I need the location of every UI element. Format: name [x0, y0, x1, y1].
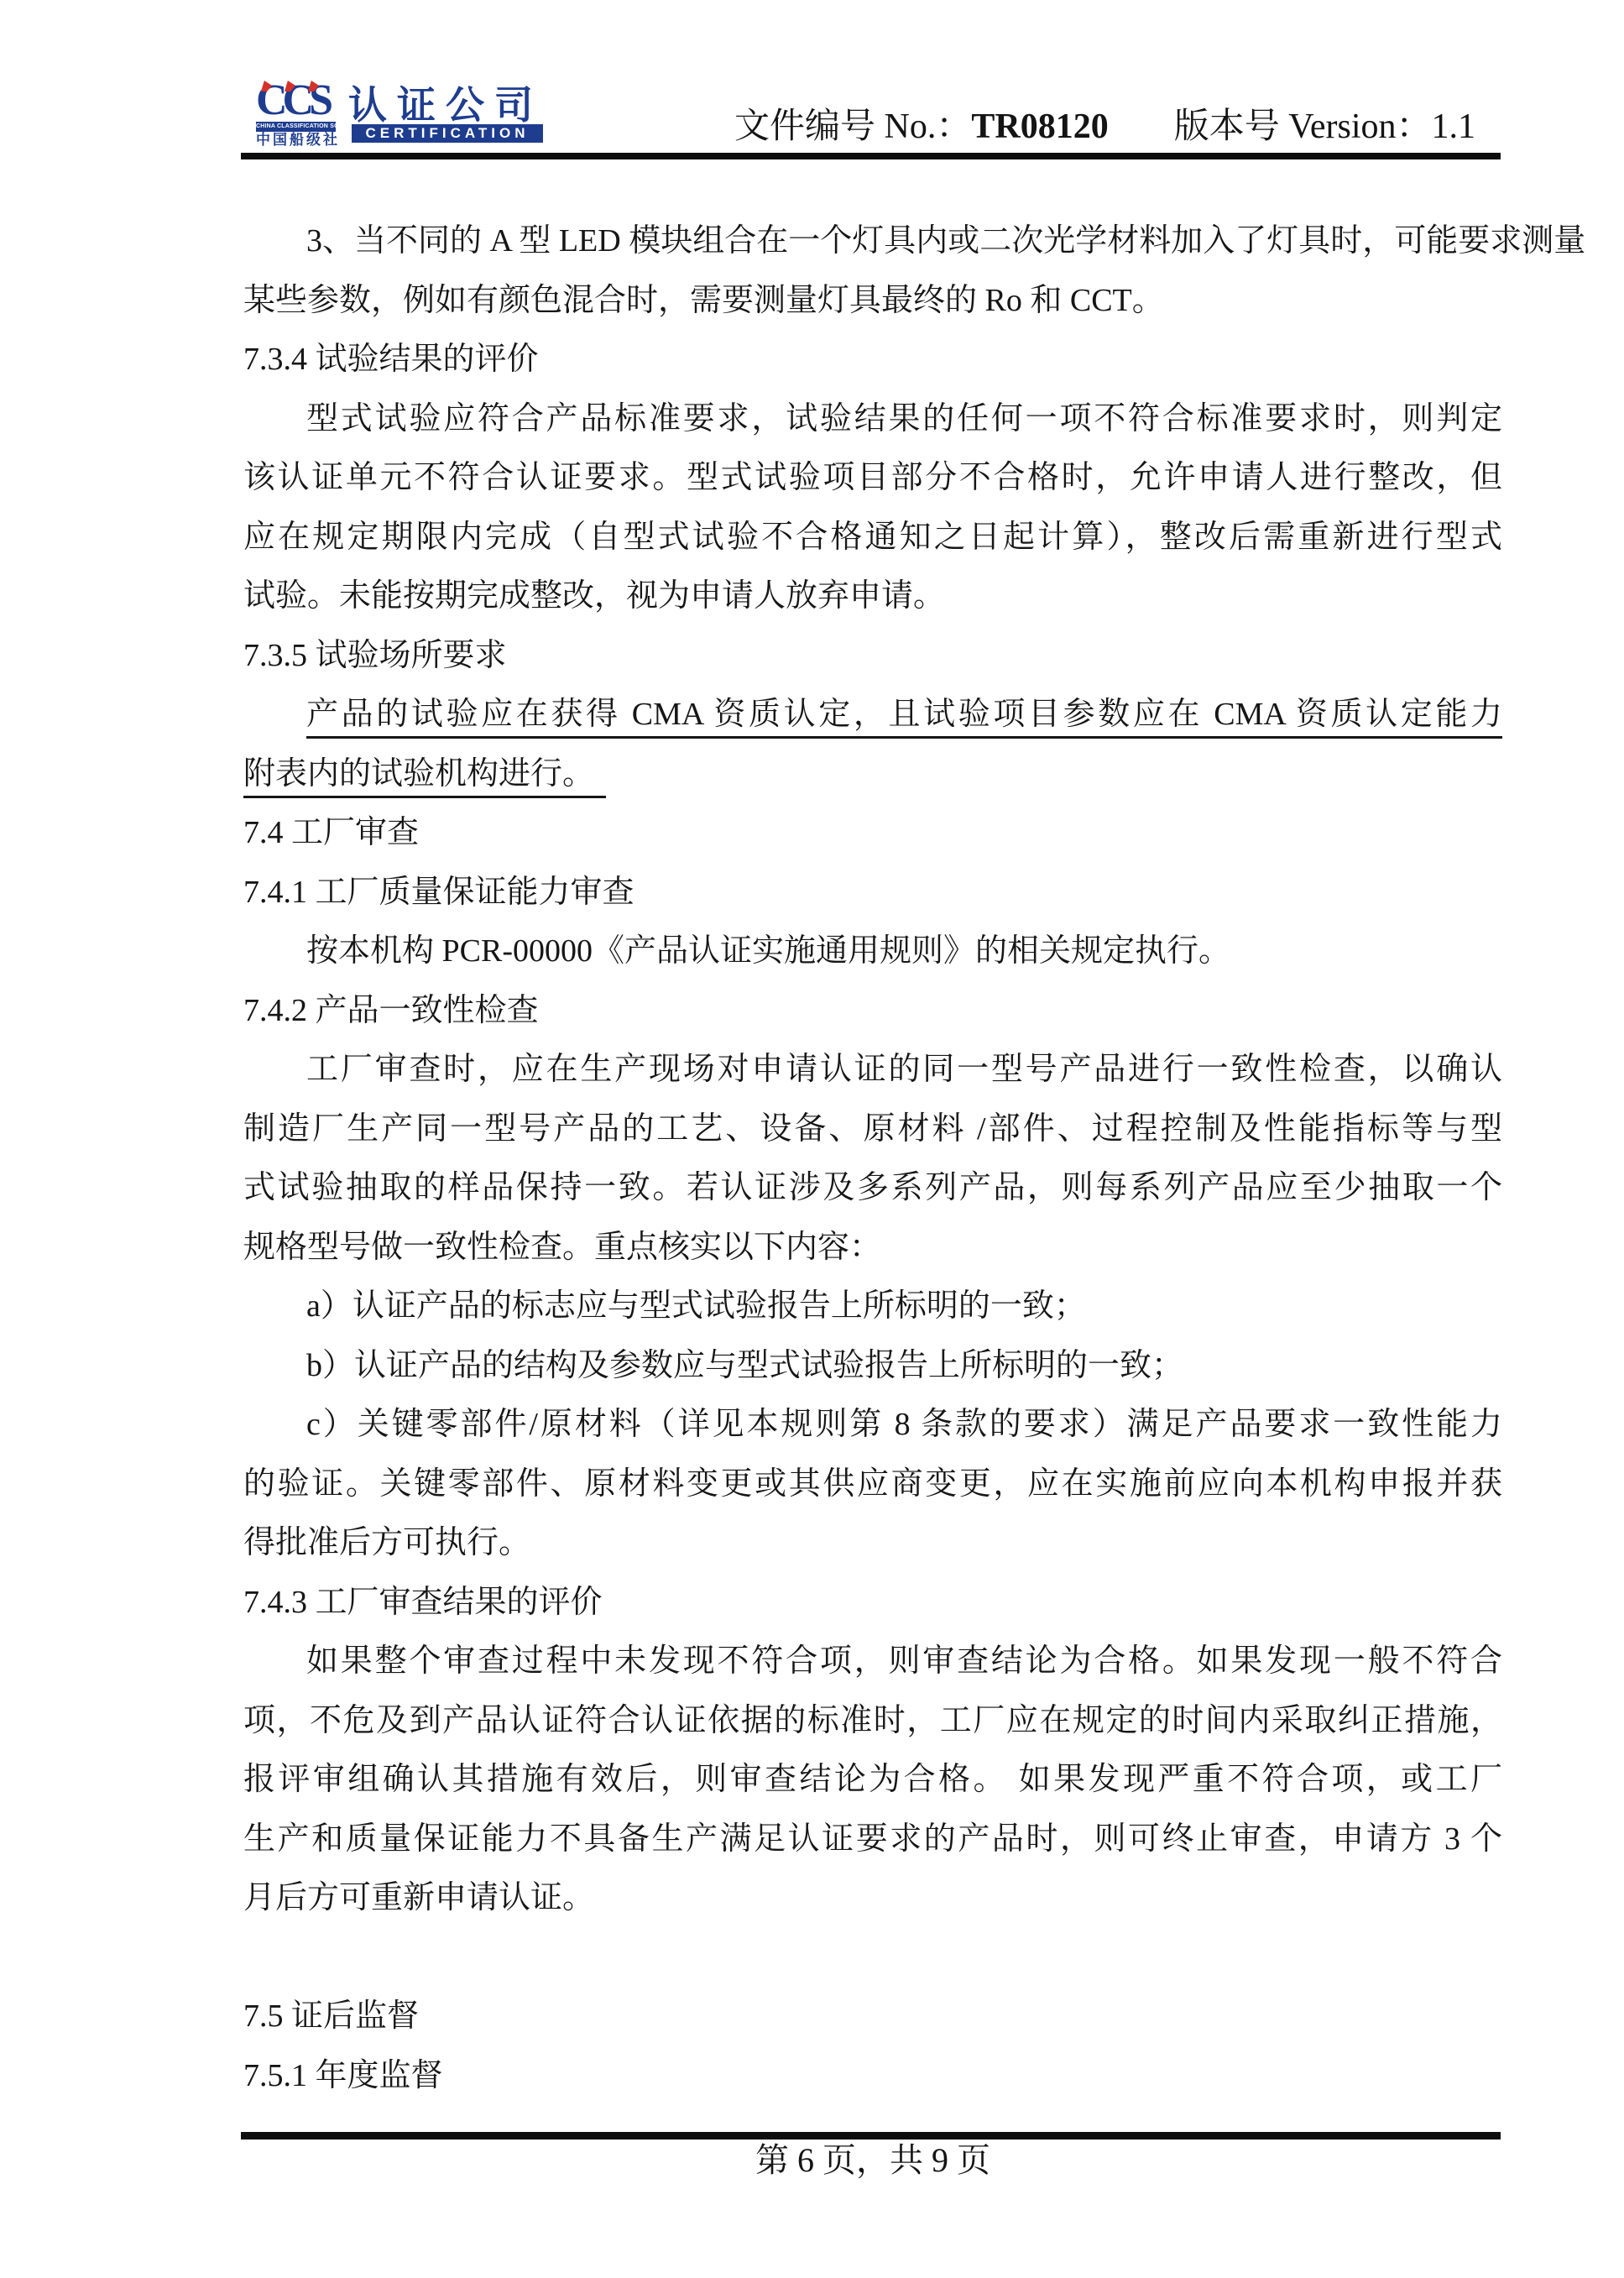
- underlined-text: 附表内的试验机构进行。: [243, 756, 606, 798]
- logo-society-banner: CHINA CLASSIFICATION SOCIETY: [256, 122, 336, 132]
- text-line: 7.3.5 试验场所要求: [243, 626, 1502, 686]
- text-line: 按本机构 PCR-00000《产品认证实施通用规则》的相关规定执行。: [243, 922, 1502, 981]
- text-line: 得批准后方可执行。: [243, 1513, 1502, 1573]
- text-line: 该认证单元不符合认证要求。型式试验项目部分不合格时，允许申请人进行整改，但: [243, 448, 1502, 508]
- text-line: c）关键零部件/原材料（详见本规则第 8 条款的要求）满足产品要求一致性能力: [243, 1395, 1502, 1455]
- page-number: 第 6 页，共 9 页: [243, 2139, 1502, 2182]
- logo-certification-banner: CERTIFICATION: [352, 124, 543, 143]
- text-line: 附表内的试验机构进行。: [243, 745, 1502, 804]
- text-line: 型式试验应符合产品标准要求，试验结果的任何一项不符合标准要求时，则判定: [243, 389, 1502, 449]
- text-line: 的验证。关键零部件、原材料变更或其供应商变更，应在实施前应向本机构申报并获: [243, 1455, 1502, 1514]
- text-line: a）认证产品的标志应与型式试验报告上所标明的一致；: [243, 1277, 1502, 1336]
- text-line: 7.5.1 年度监督: [243, 2046, 1502, 2106]
- text-line: b）认证产品的结构及参数应与型式试验报告上所标明的一致；: [243, 1336, 1502, 1396]
- text-line: 试验。未能按期完成整改，视为申请人放弃申请。: [243, 567, 1502, 626]
- text-line: 7.4.1 工厂质量保证能力审查: [243, 863, 1502, 922]
- text-line: 制造厂生产同一型号产品的工艺、设备、原材料 /部件、过程控制及性能指标等与型: [243, 1100, 1502, 1159]
- text-line: 7.5 证后监督: [243, 1987, 1502, 2046]
- text-line: 项，不危及到产品认证符合认证依据的标准时，工厂应在规定的时间内采取纠正措施，: [243, 1691, 1502, 1751]
- text-line: 某些参数，例如有颜色混合时，需要测量灯具最终的 Ro 和 CCT。: [243, 271, 1502, 331]
- document-page: CCS CHINA CLASSIFICATION SOCIETY 中国船级社 认…: [0, 0, 1624, 2278]
- text-line: 工厂审查时，应在生产现场对申请认证的同一型号产品进行一致性检查，以确认: [243, 1040, 1502, 1100]
- version-label: 版本号 Version：: [1174, 107, 1432, 146]
- text-line: 式试验抽取的样品保持一致。若认证涉及多系列产品，则每系列产品应至少抽取一个: [243, 1158, 1502, 1218]
- doc-no-value: TR08120: [971, 107, 1108, 146]
- logo-society-cn: 中国船级社: [256, 133, 337, 147]
- document-body: 3、当不同的 A 型 LED 模块组合在一个灯具内或二次光学材料加入了灯具时，可…: [243, 212, 1502, 2105]
- text-line: 月后方可重新申请认证。: [243, 1868, 1502, 1928]
- header-rule: [241, 153, 1501, 159]
- text-line: 生产和质量保证能力不具备生产满足认证要求的产品时，则可终止审查，申请方 3 个: [243, 1810, 1502, 1869]
- underlined-text: 产品的试验应在获得 CMA 资质认定，且试验项目参数应在 CMA 资质认定能力: [306, 697, 1502, 739]
- doc-no-label: 文件编号 No.：: [734, 107, 971, 146]
- text-line: 应在规定期限内完成（自型式试验不合格通知之日起计算），整改后需重新进行型式: [243, 508, 1502, 567]
- text-line: 7.3.4 试验结果的评价: [243, 330, 1502, 389]
- document-meta: 文件编号 No.：TR08120版本号 Version：1.1: [734, 107, 1502, 146]
- text-line: [243, 1928, 1502, 1988]
- ccs-logo: CCS CHINA CLASSIFICATION SOCIETY 中国船级社 认…: [256, 88, 546, 147]
- text-line: 7.4 工厂审查: [243, 803, 1502, 863]
- text-line: 3、当不同的 A 型 LED 模块组合在一个灯具内或二次光学材料加入了灯具时，可…: [243, 212, 1502, 271]
- text-line: 报评审组确认其措施有效后，则审查结论为合格。 如果发现严重不符合项，或工厂: [243, 1750, 1502, 1810]
- text-line: 7.4.3 工厂审查结果的评价: [243, 1573, 1502, 1633]
- text-line: 产品的试验应在获得 CMA 资质认定，且试验项目参数应在 CMA 资质认定能力: [243, 685, 1502, 745]
- text-line: 如果整个审查过程中未发现不符合项，则审查结论为合格。如果发现一般不符合: [243, 1632, 1502, 1691]
- logo-brand-cn: 认证公司: [348, 86, 543, 125]
- text-line: 7.4.2 产品一致性检查: [243, 981, 1502, 1041]
- version-value: 1.1: [1432, 107, 1476, 146]
- text-line: 规格型号做一致性检查。重点核实以下内容：: [243, 1218, 1502, 1277]
